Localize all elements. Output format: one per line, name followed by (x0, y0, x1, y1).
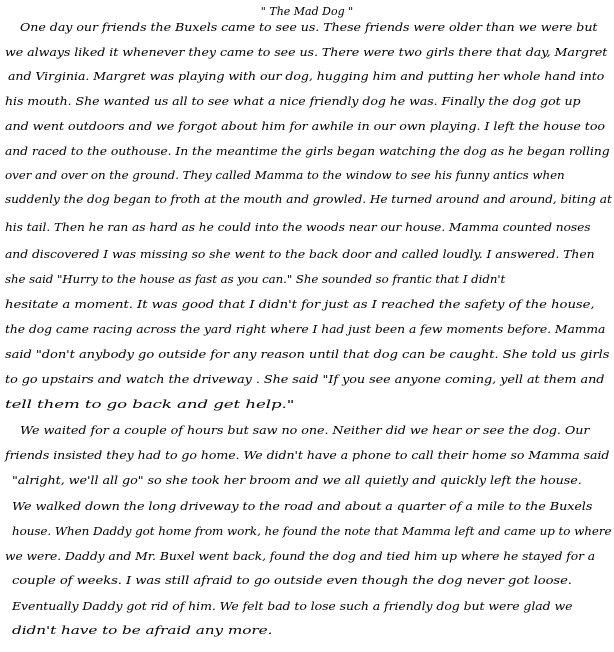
text-line: hesitate a moment. It was good that I di… (5, 297, 595, 311)
text-line: his tail. Then he ran as hard as he coul… (5, 220, 590, 234)
text-line: friends insisted they had to go home. We… (5, 448, 609, 462)
text-line: we were. Daddy and Mr. Buxel went back, … (5, 549, 595, 563)
text-line: said "don't anybody go outside for any r… (5, 347, 609, 361)
document-title: " The Mad Dog " (0, 5, 614, 18)
text-line: we always liked it whenever they came to… (5, 45, 607, 59)
text-line: she said "Hurry to the house as fast as … (5, 272, 505, 286)
text-line: We walked down the long driveway to the … (12, 499, 592, 513)
text-line: Eventually Daddy got rid of him. We felt… (12, 599, 572, 613)
text-line: couple of weeks. I was still afraid to g… (12, 573, 572, 587)
text-line: and discovered I was missing so she went… (5, 247, 594, 261)
text-line: suddenly the dog began to froth at the m… (5, 192, 612, 206)
text-line: We waited for a couple of hours but saw … (20, 423, 589, 437)
text-line: One day our friends the Buxels came to s… (20, 20, 597, 34)
text-line: his mouth. She wanted us all to see what… (5, 94, 580, 108)
text-line: tell them to go back and get help." (5, 397, 294, 411)
text-line: and raced to the outhouse. In the meanti… (5, 144, 610, 158)
text-line: to go upstairs and watch the driveway . … (5, 372, 604, 386)
document-page: " The Mad Dog " One day our friends the … (0, 0, 614, 652)
text-line: over and over on the ground. They called… (5, 168, 565, 182)
text-line: didn't have to be afraid any more. (12, 623, 272, 637)
text-line: "alright, we'll all go" so she took her … (12, 473, 582, 487)
text-line: and went outdoors and we forgot about hi… (5, 119, 605, 133)
text-line: the dog came racing across the yard righ… (5, 322, 605, 336)
text-line: house. When Daddy got home from work, he… (12, 524, 612, 538)
text-line: and Virginia. Margret was playing with o… (8, 69, 604, 83)
